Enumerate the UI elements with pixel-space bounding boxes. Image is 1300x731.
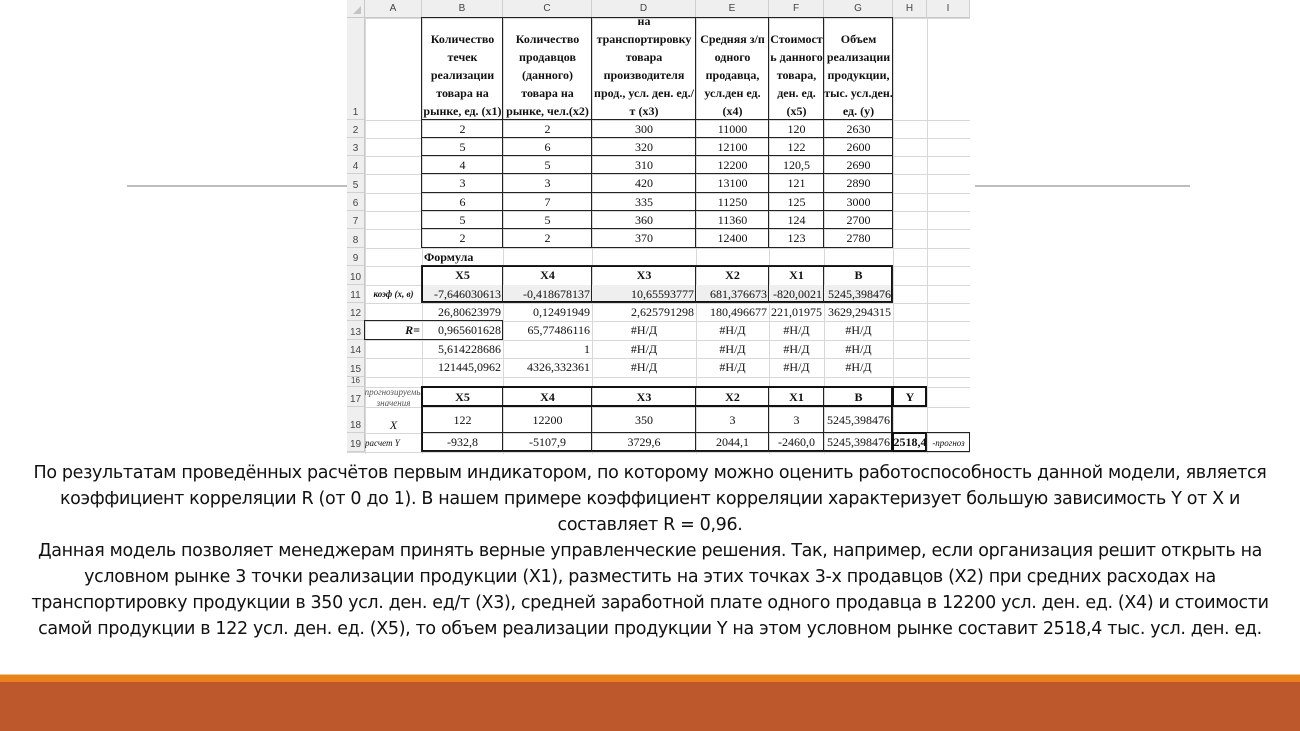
header-x2[interactable]: Количество продавцов (данного) товара на…	[503, 18, 592, 120]
linest-cell[interactable]: #Н/Д	[592, 321, 696, 340]
row-header-1[interactable]: 1	[347, 18, 365, 120]
linest-cell[interactable]: 0,12491949	[503, 303, 592, 321]
data-cell[interactable]: 310	[592, 156, 696, 174]
data-cell[interactable]: 3000	[824, 193, 893, 211]
forecast-header[interactable]: B	[824, 387, 893, 407]
column-header-H[interactable]: H	[893, 0, 927, 18]
forecast-value[interactable]: 12200	[503, 407, 592, 433]
forecast-header[interactable]: Y	[893, 387, 927, 407]
linest-cell[interactable]: 180,496677	[696, 303, 769, 321]
data-cell[interactable]: 320	[592, 138, 696, 156]
row-header-5[interactable]: 5	[347, 174, 365, 193]
calc-value[interactable]: -2460,0	[769, 433, 824, 452]
gridline	[347, 377, 970, 378]
header-y[interactable]: Объем реализации продукции, тыс. усл.ден…	[824, 18, 893, 120]
coef-header[interactable]: X3	[592, 266, 696, 285]
column-header-E[interactable]: E	[696, 0, 769, 18]
forecast-header[interactable]: X5	[422, 387, 503, 407]
data-cell[interactable]: 2600	[824, 138, 893, 156]
row-header-6[interactable]: 6	[347, 193, 365, 211]
row-header-11[interactable]: 11	[347, 285, 365, 303]
linest-cell[interactable]: #Н/Д	[696, 321, 769, 340]
data-cell[interactable]: 122	[769, 138, 824, 156]
row-header-17[interactable]: 17	[347, 387, 365, 407]
forecast-header[interactable]: X4	[503, 387, 592, 407]
data-cell[interactable]: 124	[769, 211, 824, 229]
linest-cell[interactable]: 221,01975	[769, 303, 824, 321]
linest-cell[interactable]: -820,0021	[769, 285, 824, 303]
row-header-16[interactable]: 16	[347, 377, 365, 387]
calc-value[interactable]: 5245,398476	[824, 433, 893, 452]
paragraph-correlation: По результатам проведённых расчётов перв…	[30, 460, 1270, 538]
row-header-9[interactable]: 9	[347, 248, 365, 266]
linest-cell[interactable]: #Н/Д	[592, 358, 696, 377]
data-cell[interactable]: 12400	[696, 229, 769, 248]
data-cell[interactable]: 121	[769, 174, 824, 193]
data-cell[interactable]: 3	[422, 174, 503, 193]
formula-label[interactable]: Формула	[422, 248, 592, 266]
row-header-12[interactable]: 12	[347, 303, 365, 321]
data-cell[interactable]: 2780	[824, 229, 893, 248]
data-cell[interactable]: 5	[422, 211, 503, 229]
row-header-10[interactable]: 10	[347, 266, 365, 285]
row-header-8[interactable]: 8	[347, 229, 365, 248]
header-x3[interactable]: Средние расходы на транспортировку товар…	[592, 18, 696, 120]
data-cell[interactable]: 12100	[696, 138, 769, 156]
header-x4[interactable]: Средняя з/п одного продавца, усл.ден ед.…	[696, 18, 769, 120]
coef-header[interactable]: B	[824, 266, 893, 285]
data-cell[interactable]: 125	[769, 193, 824, 211]
result-note[interactable]: -прогноз	[927, 433, 970, 452]
data-cell[interactable]: 2	[422, 229, 503, 248]
forecast-value[interactable]: 122	[422, 407, 503, 433]
data-cell[interactable]: 5	[503, 211, 592, 229]
data-cell[interactable]: 2	[422, 120, 503, 138]
linest-cell[interactable]: #Н/Д	[769, 358, 824, 377]
calc-value[interactable]: 2044,1	[696, 433, 769, 452]
forecast-value[interactable]: 3	[696, 407, 769, 433]
spreadsheet-image: ABCDEFGHI12345678910111213141516171819Ко…	[347, 0, 970, 454]
column-header-C[interactable]: C	[503, 0, 592, 18]
row-header-3[interactable]: 3	[347, 138, 365, 156]
header-x5[interactable]: Стоимост ь данного товара, ден. ед. (x5)	[769, 18, 824, 120]
linest-cell[interactable]: #Н/Д	[824, 340, 893, 358]
linest-cell[interactable]: 5,614228686	[422, 340, 503, 358]
calc-value[interactable]: -932,8	[422, 433, 503, 452]
coef-header[interactable]: X4	[503, 266, 592, 285]
linest-cell[interactable]: #Н/Д	[824, 321, 893, 340]
data-cell[interactable]: 360	[592, 211, 696, 229]
data-cell[interactable]: 12200	[696, 156, 769, 174]
calc-label[interactable]: расчет Y	[365, 433, 422, 452]
data-cell[interactable]: 2630	[824, 120, 893, 138]
gridline	[365, 0, 366, 454]
gridline	[893, 0, 894, 454]
data-cell[interactable]: 3	[503, 174, 592, 193]
row-header-13[interactable]: 13	[347, 321, 365, 340]
footer-accent-stripe	[0, 675, 1300, 682]
gridline	[347, 452, 970, 453]
linest-cell[interactable]: 681,376673	[696, 285, 769, 303]
data-cell[interactable]: 2	[503, 120, 592, 138]
r-label[interactable]: R=	[365, 321, 422, 340]
data-cell[interactable]: 2	[503, 229, 592, 248]
data-cell[interactable]: 420	[592, 174, 696, 193]
data-cell[interactable]: 2700	[824, 211, 893, 229]
column-header-G[interactable]: G	[824, 0, 893, 18]
data-cell[interactable]: 11250	[696, 193, 769, 211]
column-header-D[interactable]: D	[592, 0, 696, 18]
data-cell[interactable]: 300	[592, 120, 696, 138]
linest-cell[interactable]: -0,418678137	[503, 285, 592, 303]
data-cell[interactable]: 2890	[824, 174, 893, 193]
row-header-14[interactable]: 14	[347, 340, 365, 358]
data-cell[interactable]: 120,5	[769, 156, 824, 174]
coef-label[interactable]: коэф (x, в)	[365, 285, 422, 303]
row-header-18[interactable]: 18	[347, 407, 365, 433]
select-all-corner[interactable]	[347, 0, 365, 18]
gridline	[927, 0, 928, 454]
forecast-label[interactable]: прогнозируемы значения	[365, 387, 422, 407]
linest-cell[interactable]: #Н/Д	[696, 358, 769, 377]
calc-value[interactable]: -5107,9	[503, 433, 592, 452]
column-header-F[interactable]: F	[769, 0, 824, 18]
linest-cell[interactable]: 0,965601628	[422, 321, 503, 340]
data-cell[interactable]: 370	[592, 229, 696, 248]
data-cell[interactable]: 2690	[824, 156, 893, 174]
decorative-line-right	[975, 185, 1190, 187]
data-cell[interactable]: 120	[769, 120, 824, 138]
forecast-value[interactable]: 3	[769, 407, 824, 433]
forecast-value[interactable]: 5245,398476	[824, 407, 893, 433]
forecast-header[interactable]: X3	[592, 387, 696, 407]
data-cell[interactable]: 11000	[696, 120, 769, 138]
column-header-B[interactable]: B	[422, 0, 503, 18]
footer-bar	[0, 682, 1300, 731]
row-header-7[interactable]: 7	[347, 211, 365, 229]
linest-cell[interactable]: 3629,294315	[824, 303, 893, 321]
row-header-4[interactable]: 4	[347, 156, 365, 174]
coef-header[interactable]: X5	[422, 266, 503, 285]
linest-cell[interactable]: -7,646030613	[422, 285, 503, 303]
linest-cell[interactable]: #Н/Д	[769, 340, 824, 358]
data-cell[interactable]: 5	[503, 156, 592, 174]
data-cell[interactable]: 123	[769, 229, 824, 248]
linest-cell[interactable]: 5245,398476	[824, 285, 893, 303]
coef-header[interactable]: X1	[769, 266, 824, 285]
data-cell[interactable]: 11360	[696, 211, 769, 229]
row-header-2[interactable]: 2	[347, 120, 365, 138]
data-cell[interactable]: 4	[422, 156, 503, 174]
calc-value[interactable]: 3729,6	[592, 433, 696, 452]
linest-cell[interactable]: #Н/Д	[824, 358, 893, 377]
linest-cell[interactable]: 65,77486116	[503, 321, 592, 340]
linest-cell[interactable]: 2,625791298	[592, 303, 696, 321]
forecast-x-label[interactable]: X	[365, 407, 422, 433]
linest-cell[interactable]: 10,65593777	[592, 285, 696, 303]
data-cell[interactable]: 7	[503, 193, 592, 211]
result-value[interactable]: 2518,4	[893, 433, 927, 452]
data-cell[interactable]: 6	[422, 193, 503, 211]
linest-cell[interactable]: 4326,332361	[503, 358, 592, 377]
column-header-I[interactable]: I	[927, 0, 970, 18]
forecast-value[interactable]: 350	[592, 407, 696, 433]
data-cell[interactable]: 13100	[696, 174, 769, 193]
linest-cell[interactable]: #Н/Д	[769, 321, 824, 340]
row-header-19[interactable]: 19	[347, 433, 365, 452]
data-cell[interactable]: 6	[503, 138, 592, 156]
paragraph-forecast: Данная модель позволяет менеджерам приня…	[30, 538, 1270, 642]
coef-header[interactable]: X2	[696, 266, 769, 285]
forecast-header[interactable]: X1	[769, 387, 824, 407]
row-header-15[interactable]: 15	[347, 358, 365, 377]
linest-cell[interactable]: #Н/Д	[592, 340, 696, 358]
header-x1[interactable]: Количество течек реализации товара на ры…	[422, 18, 503, 120]
decorative-line-left	[127, 185, 347, 187]
linest-cell[interactable]: 121445,0962	[422, 358, 503, 377]
linest-cell[interactable]: #Н/Д	[696, 340, 769, 358]
forecast-header[interactable]: X2	[696, 387, 769, 407]
column-header-A[interactable]: A	[365, 0, 422, 18]
linest-cell[interactable]: 26,80623979	[422, 303, 503, 321]
data-cell[interactable]: 335	[592, 193, 696, 211]
linest-cell[interactable]: 1	[503, 340, 592, 358]
data-cell[interactable]: 5	[422, 138, 503, 156]
